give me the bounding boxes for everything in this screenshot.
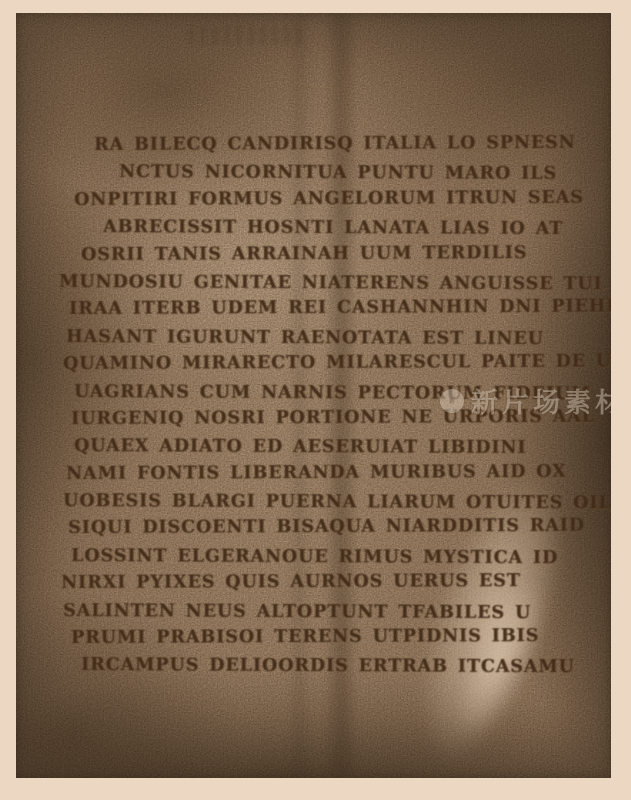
manuscript-line: SIQUI DISCOENTI BISAQUA NIARDDITIS RAID [68,512,580,542]
manuscript-line: NAMI FONTIS LIBERANDA MURIBUS AID OX [66,457,580,487]
manuscript-photo: RA BILECQ CANDIRISQ ITALIA LO SPNESN NCT… [16,13,611,778]
manuscript-line: IRCAMPUS DELIOORDIS ERTRAB ITCASAMU [81,651,581,681]
manuscript-line: RA BILECQ CANDIRISQ ITALIA LO SPNESN [94,129,581,159]
manuscript-line: PRUMI PRABISOI TERENS UTPIDNIS IBIS [71,622,580,652]
manuscript-line: ONPITIRI FORMUS ANGELORUM ITRUN SEAS [74,184,580,214]
manuscript-line: IRAA ITERB UDEM REI CASHANNHIN DNI PIEHI… [69,293,580,323]
manuscript-text-block: RA BILECQ CANDIRISQ ITALIA LO SPNESN NCT… [56,131,596,679]
manuscript-line: QUAMINO MIRARECTO MILARESCUL PAITE DE UU [63,348,580,378]
manuscript-line: OSRII TANIS ARRAINAH UUM TERDILIS [81,238,581,268]
faded-inscription [188,27,306,45]
manuscript-line: IURGENIQ NOSRI PORTIONE NE URPORIS AAL [71,403,580,433]
stock-photo-canvas: RA BILECQ CANDIRISQ ITALIA LO SPNESN NCT… [0,0,631,800]
manuscript-line: NIRXI PYIXES QUIS AURNOS UERUS EST [61,567,580,597]
